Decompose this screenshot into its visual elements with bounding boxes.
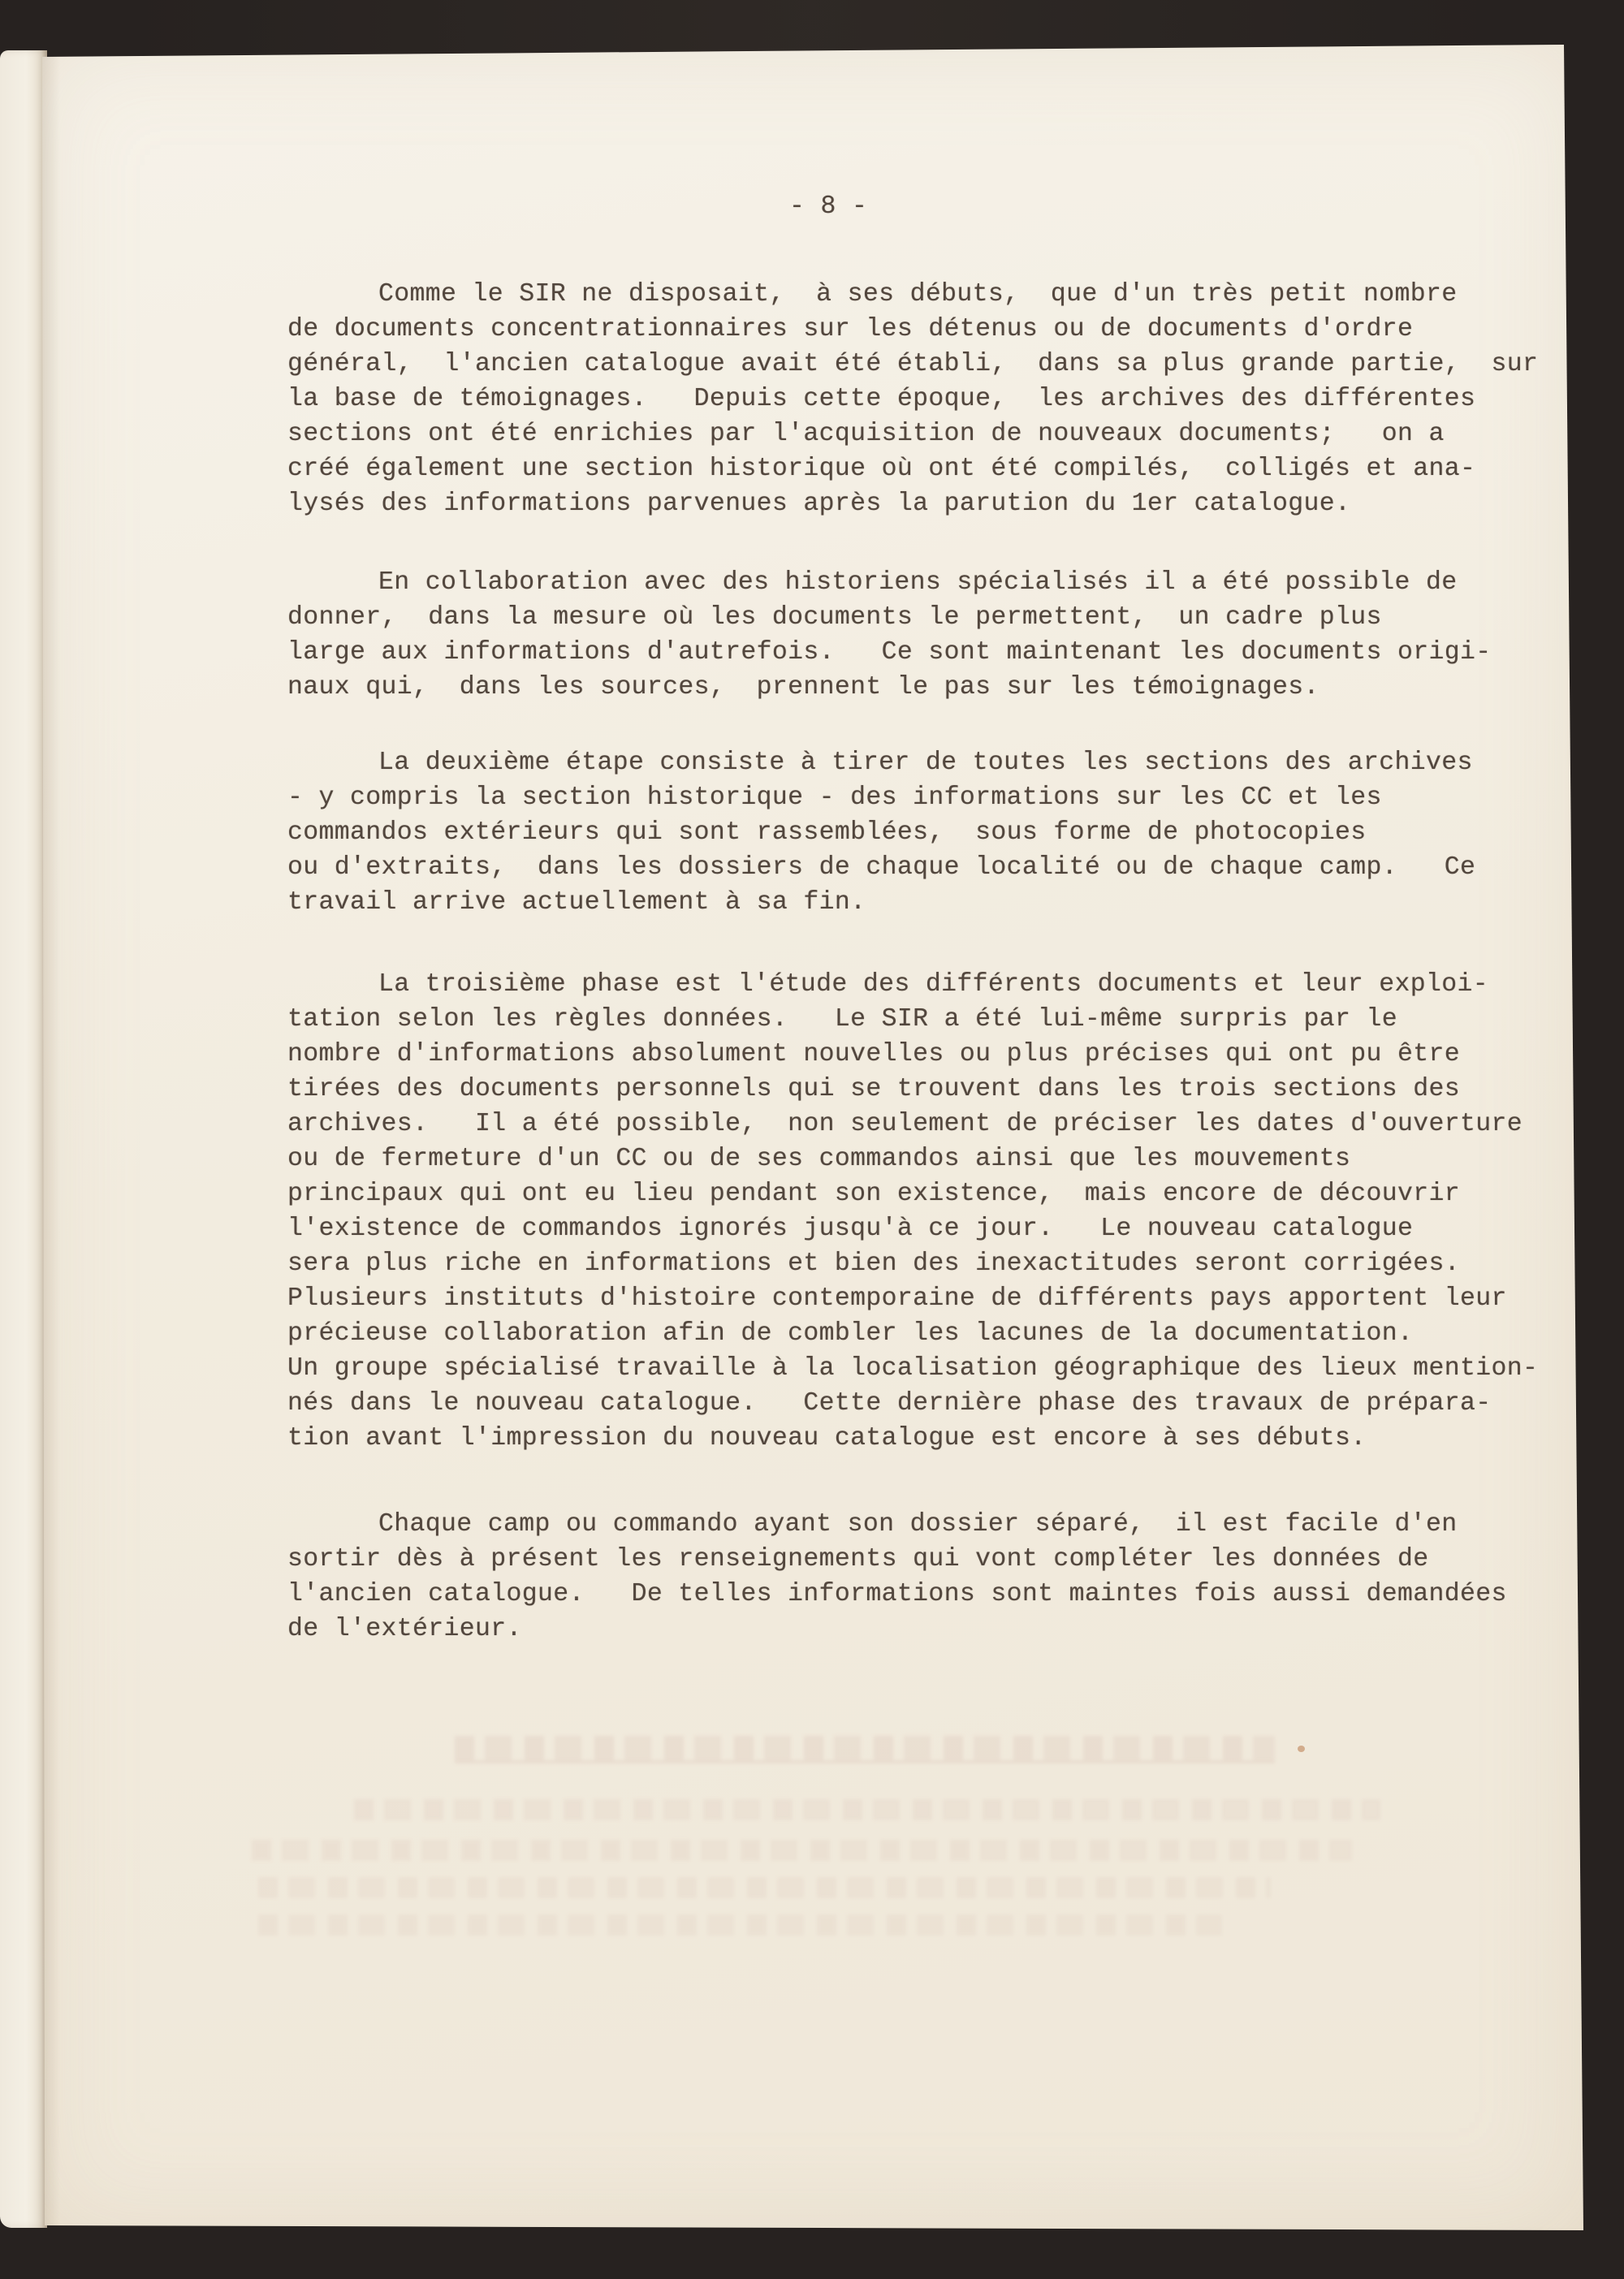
paragraph-3: La deuxième étape consiste à tirer de to… xyxy=(287,745,1583,920)
text-line: général, l'ancien catalogue avait été ét… xyxy=(287,347,1583,382)
text-line: ou d'extraits, dans les dossiers de chaq… xyxy=(287,850,1583,885)
text-line: sections ont été enrichies par l'acquisi… xyxy=(287,417,1583,451)
text-line: archives. Il a été possible, non seuleme… xyxy=(287,1107,1583,1142)
page-text-layer: - 8 - Comme le SIR ne disposait, à ses d… xyxy=(36,41,1583,2237)
text-line: travail arrive actuellement à sa fin. xyxy=(287,885,1583,920)
text-line: En collaboration avec des historiens spé… xyxy=(287,565,1583,600)
text-line: tirées des documents personnels qui se t… xyxy=(287,1072,1583,1107)
text-line: Un groupe spécialisé travaille à la loca… xyxy=(287,1351,1583,1386)
text-line: l'existence de commandos ignorés jusqu'à… xyxy=(287,1211,1583,1246)
page-number: - 8 - xyxy=(789,189,867,224)
text-line: La troisième phase est l'étude des diffé… xyxy=(287,967,1583,1002)
text-line: sera plus riche en informations et bien … xyxy=(287,1246,1583,1281)
bleed-through-line xyxy=(354,1799,1380,1820)
text-line: - y compris la section historique - des … xyxy=(287,780,1583,815)
text-line: l'ancien catalogue. De telles informatio… xyxy=(287,1577,1583,1612)
previous-page-edge xyxy=(0,50,47,2228)
text-line: Chaque camp ou commando ayant son dossie… xyxy=(287,1507,1583,1542)
text-line: tation selon les règles données. Le SIR … xyxy=(287,1002,1583,1037)
text-line: ou de fermeture d'un CC ou de ses comman… xyxy=(287,1142,1583,1176)
text-line: créé également une section historique où… xyxy=(287,451,1583,486)
text-line: La deuxième étape consiste à tirer de to… xyxy=(287,745,1583,780)
text-line: Plusieurs instituts d'histoire contempor… xyxy=(287,1281,1583,1316)
text-line: de l'extérieur. xyxy=(287,1612,1583,1647)
text-line: donner, dans la mesure où les documents … xyxy=(287,600,1583,635)
text-line: naux qui, dans les sources, prennent le … xyxy=(287,670,1583,705)
text-line: Comme le SIR ne disposait, à ses débuts,… xyxy=(287,277,1583,312)
document-page: - 8 - Comme le SIR ne disposait, à ses d… xyxy=(36,41,1583,2237)
text-line: sortir dès à présent les renseignements … xyxy=(287,1542,1583,1577)
bleed-through-line xyxy=(258,1914,1222,1936)
paragraph-4: La troisième phase est l'étude des diffé… xyxy=(287,967,1583,1456)
paragraph-2: En collaboration avec des historiens spé… xyxy=(287,565,1583,705)
bleed-through-heading xyxy=(455,1736,1275,1763)
text-line: lysés des informations parvenues après l… xyxy=(287,486,1583,521)
text-line: principaux qui ont eu lieu pendant son e… xyxy=(287,1176,1583,1211)
text-line: large aux informations d'autrefois. Ce s… xyxy=(287,635,1583,670)
bleed-through-line xyxy=(258,1877,1271,1898)
paragraph-1: Comme le SIR ne disposait, à ses débuts,… xyxy=(287,277,1583,521)
bleed-through-line xyxy=(252,1840,1352,1861)
text-line: nés dans le nouveau catalogue. Cette der… xyxy=(287,1386,1583,1421)
text-line: nombre d'informations absolument nouvell… xyxy=(287,1037,1583,1072)
text-line: précieuse collaboration afin de combler … xyxy=(287,1316,1583,1351)
text-line: la base de témoignages. Depuis cette épo… xyxy=(287,382,1583,417)
paragraph-5: Chaque camp ou commando ayant son dossie… xyxy=(287,1507,1583,1647)
text-line: commandos extérieurs qui sont rassemblée… xyxy=(287,815,1583,850)
stain-speck xyxy=(1298,1746,1305,1752)
text-line: de documents concentrationnaires sur les… xyxy=(287,312,1583,347)
text-line: tion avant l'impression du nouveau catal… xyxy=(287,1421,1583,1456)
